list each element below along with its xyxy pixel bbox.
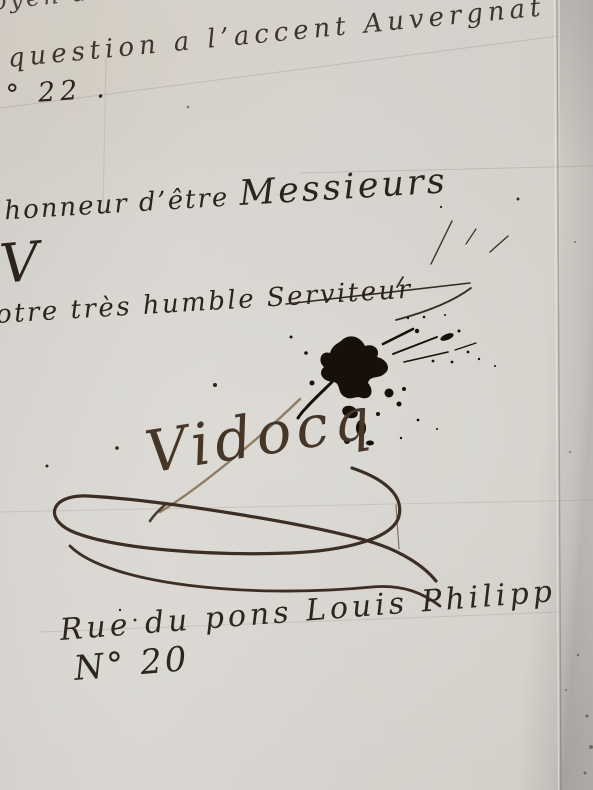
letter-photograph: oyen d’éviter q question a l’accent Auve… (0, 0, 593, 790)
ink-splatter-streaks (383, 314, 496, 439)
handwriting-line-number-22: ° 22 . (5, 75, 110, 109)
edge-specks (565, 241, 593, 775)
signature-flourish (54, 468, 440, 606)
votre-capital-initial: V (0, 235, 41, 292)
address-number: N° 20 (73, 642, 191, 686)
